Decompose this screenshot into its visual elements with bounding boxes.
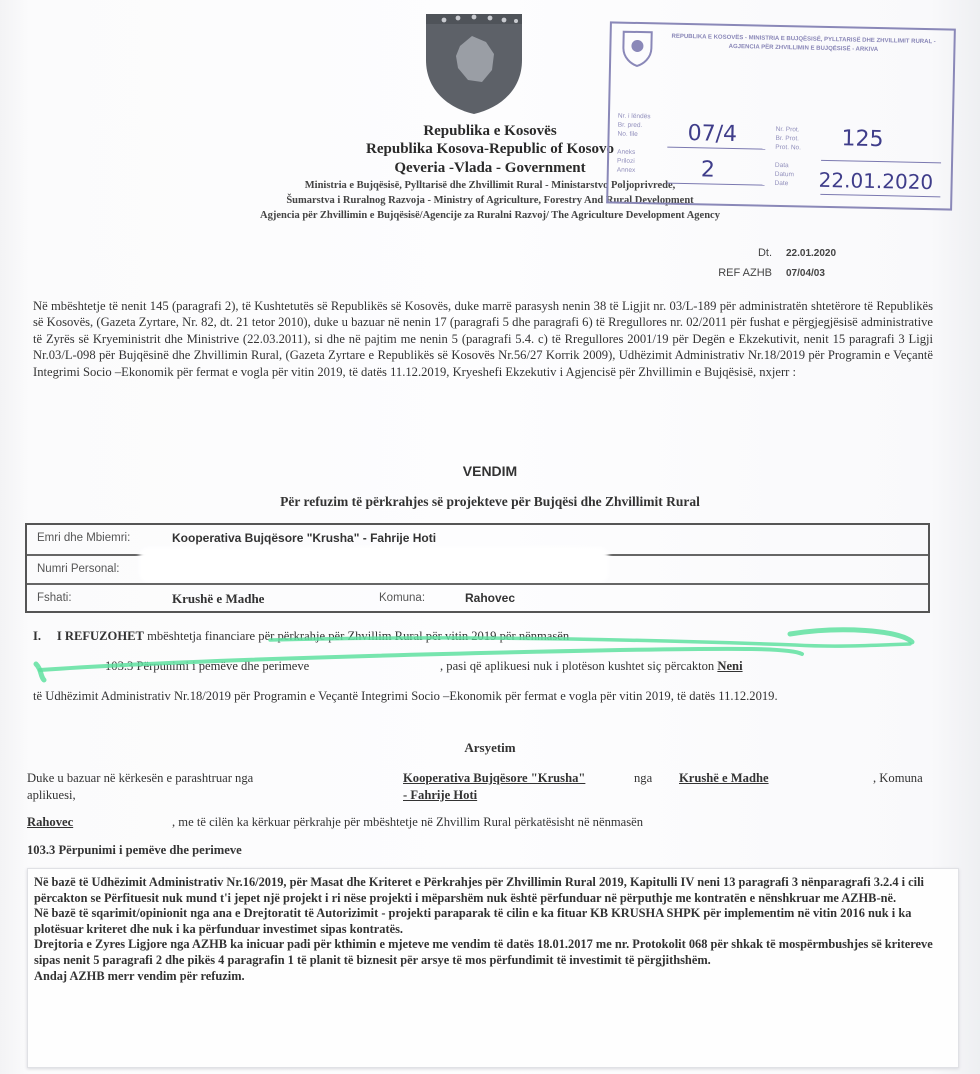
ref-label: REF AZHB xyxy=(700,267,772,279)
reasoning-intro-a: Duke u bazuar në kërkesën e parashtruar … xyxy=(27,771,253,786)
reasoning-measure: 103.3 Përpunimi i pemëve dhe perimeve xyxy=(27,843,242,858)
stamp-label-left-3: No. file xyxy=(617,130,637,139)
stamp-label-right-3: Prot. No. xyxy=(775,143,801,153)
ref-value: 07/04/03 xyxy=(786,268,825,279)
nga-text: nga xyxy=(634,771,652,786)
agency-seal-icon xyxy=(621,30,654,69)
document-page: Republika e Kosovës Republika Kosova-Rep… xyxy=(0,0,980,1074)
reasoning-paragraph-1: Në bazë të Udhëzimit Administrativ Nr.16… xyxy=(34,875,939,906)
decision-title: VENDIM xyxy=(0,463,980,479)
stamp-label-right-6: Date xyxy=(774,179,788,188)
stamp-label-right-1: Nr. Prot. xyxy=(776,125,800,134)
date-label: Dt. xyxy=(700,247,772,259)
stamp-label-left-2: Br. pred. xyxy=(618,121,643,131)
komuna-text: , Komuna xyxy=(873,771,923,786)
document-date: Dt.22.01.2020 xyxy=(700,247,836,259)
reasoning-body-box: Në bazë të Udhëzimit Administrativ Nr.16… xyxy=(27,868,959,1068)
highlighter-mark xyxy=(0,620,980,690)
reasoning-paragraph-2: Në bazë të sqarimit/opinionit nga ana e … xyxy=(34,906,939,937)
location-row: Fshati: Krushë e Madhe Komuna: Rahovec xyxy=(27,585,928,614)
stamp-annex: 2 xyxy=(701,157,716,182)
personal-number-label: Numri Personal: xyxy=(37,563,119,575)
stamp-case-number: 07/4 xyxy=(687,121,737,147)
stamp-date: 22.01.2020 xyxy=(818,168,933,194)
decision-subtitle: Për refuzim të përkrahjes së projekteve … xyxy=(0,494,980,510)
document-reference: REF AZHB07/04/03 xyxy=(700,267,825,279)
kosovo-coat-of-arms-icon xyxy=(420,10,528,116)
municipality-label: Komuna: xyxy=(379,592,425,604)
stamp-label-left-5: Prilozi xyxy=(617,157,635,166)
stamp-label-right-4: Data xyxy=(775,161,789,170)
redaction-patch xyxy=(139,547,609,583)
agency-line: Agjencia për Zhvillimin e Bujqësisë/Agen… xyxy=(0,210,980,221)
name-value: Kooperativa Bujqësore "Krusha" - Fahrije… xyxy=(172,531,436,545)
municipality-underlined: Rahovec xyxy=(27,815,73,830)
applicant-table: Emri dhe Mbiemri: Kooperativa Bujqësore … xyxy=(25,523,930,613)
preamble-paragraph: Në mbështetje të nenit 145 (paragrafi 2)… xyxy=(33,298,933,380)
municipality-value: Rahovec xyxy=(465,591,515,605)
village-label: Fshati: xyxy=(37,592,72,604)
stamp-header-text: REPUBLIKA E KOSOVËS - MINISTRIA E BUJQËS… xyxy=(659,32,947,55)
applicant-person-underlined: - Fahrije Hoti xyxy=(403,788,477,803)
stamp-label-right-5: Datum xyxy=(775,170,794,179)
reasoning-line-2: , me të cilën ka kërkuar përkrahje për m… xyxy=(172,815,643,830)
stamp-label-left-4: Aneks xyxy=(617,148,635,157)
registration-stamp: REPUBLIKA E KOSOVËS - MINISTRIA E BUJQËS… xyxy=(606,21,956,210)
reasoning-title: Arsyetim xyxy=(0,740,980,756)
applicant-name-underlined: Kooperativa Bujqësore "Krusha" xyxy=(403,771,585,786)
reasoning-intro-b: aplikuesi, xyxy=(27,788,76,803)
village-value: Krushë e Madhe xyxy=(172,591,264,607)
reasoning-paragraph-4: Andaj AZHB merr vendim për refuzim. xyxy=(34,969,939,985)
stamp-label-right-2: Br. Prot. xyxy=(775,134,799,143)
section-i-line-3: të Udhëzimit Administrativ Nr.18/2019 pë… xyxy=(33,688,913,704)
stamp-label-left-6: Annex xyxy=(617,166,636,175)
date-value: 22.01.2020 xyxy=(786,248,836,259)
reasoning-paragraph-3: Drejtoria e Zyres Ligjore nga AZHB ka in… xyxy=(34,937,939,968)
village-underlined: Krushë e Madhe xyxy=(679,771,769,786)
stamp-protocol-number: 125 xyxy=(841,126,884,152)
name-label: Emri dhe Mbiemri: xyxy=(37,532,130,544)
reasoning-body: Në bazë të Udhëzimit Administrativ Nr.16… xyxy=(34,875,939,984)
